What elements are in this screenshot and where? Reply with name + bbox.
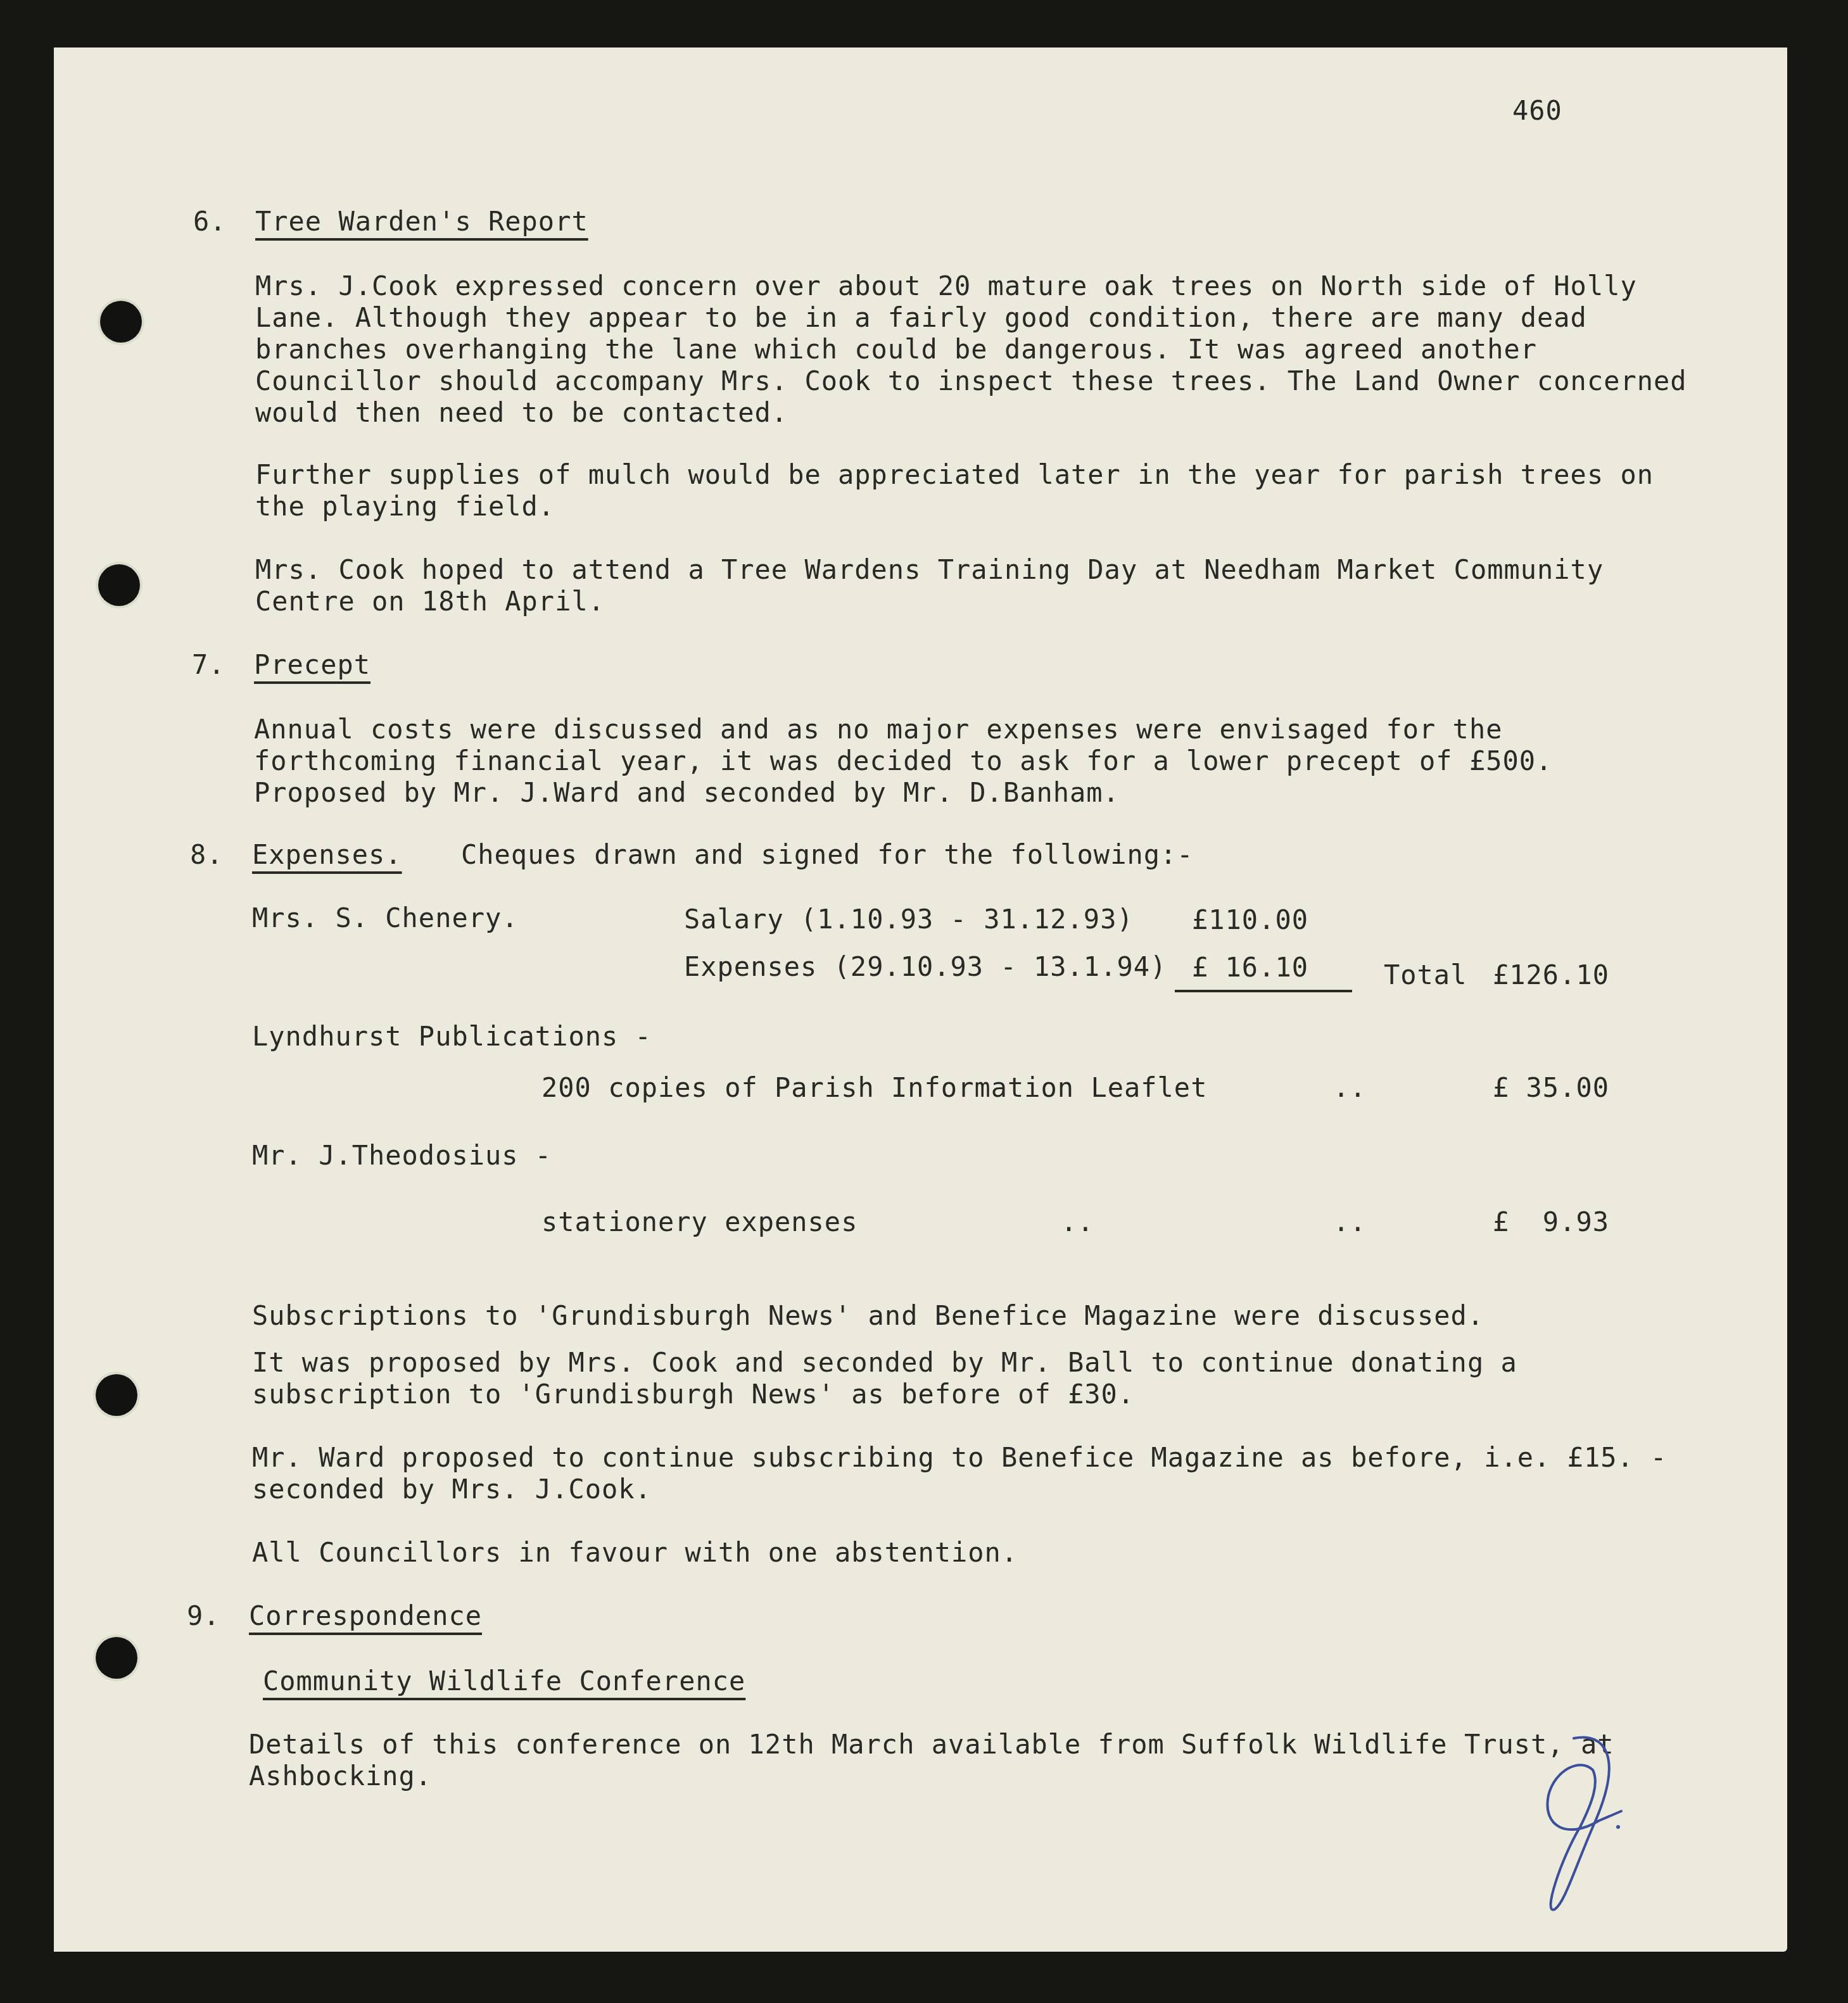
punch-hole-icon <box>98 564 140 606</box>
paragraph: Mrs. Cook hoped to attend a Tree Wardens… <box>255 554 1699 617</box>
document-page: 460 6. Tree Warden's Report Mrs. J.Cook … <box>54 47 1787 1952</box>
punch-hole-icon <box>96 1374 137 1416</box>
paragraph: Mr. Ward proposed to continue subscribin… <box>252 1442 1696 1505</box>
section-number: 6. <box>193 206 227 237</box>
payee-name: Mr. J.Theodosius - <box>252 1140 552 1172</box>
expense-amount: £ 35.00 <box>1493 1072 1609 1104</box>
punch-hole-icon <box>96 1637 137 1679</box>
paragraph: It was proposed by Mrs. Cook and seconde… <box>252 1347 1696 1410</box>
section-title-expenses: Expenses. <box>252 839 402 871</box>
paragraph: Details of this conference on 12th March… <box>249 1729 1693 1792</box>
section-number: 7. <box>192 649 225 681</box>
subsection-title: Community Wildlife Conference <box>263 1665 745 1697</box>
section-number: 9. <box>187 1600 220 1632</box>
page-number: 460 <box>1512 95 1562 127</box>
dot-leader: .. <box>1061 1206 1094 1238</box>
total-label: Total <box>1384 959 1467 991</box>
section-title-precept: Precept <box>254 649 370 681</box>
total-amount: £126.10 <box>1493 959 1609 991</box>
section-number: 8. <box>190 839 224 871</box>
paragraph: Further supplies of mulch would be appre… <box>255 459 1699 522</box>
payee-name: Lyndhurst Publications - <box>252 1021 652 1052</box>
paragraph: Mrs. J.Cook expressed concern over about… <box>255 270 1699 429</box>
expense-description: Salary (1.10.93 - 31.12.93) <box>684 904 1134 935</box>
expense-description: stationery expenses <box>541 1206 858 1238</box>
expenses-intro: Cheques drawn and signed for the followi… <box>461 839 1194 871</box>
expense-description: 200 copies of Parish Information Leaflet <box>541 1072 1207 1104</box>
paragraph: Annual costs were discussed and as no ma… <box>254 714 1698 809</box>
paragraph: Subscriptions to 'Grundisburgh News' and… <box>252 1300 1696 1332</box>
punch-hole-icon <box>100 301 142 343</box>
section-title-correspondence: Correspondence <box>249 1600 482 1632</box>
payee-name: Mrs. S. Chenery. <box>252 902 519 934</box>
dot-leader: .. <box>1333 1206 1367 1238</box>
expense-amount: £ 16.10 <box>1192 952 1308 983</box>
expense-amount: £110.00 <box>1192 904 1308 936</box>
expense-description: Expenses (29.10.93 - 13.1.94) <box>684 951 1167 983</box>
sum-rule <box>1175 990 1352 992</box>
signature-initials-icon <box>1498 1732 1662 1922</box>
dot-leader: .. <box>1333 1072 1367 1104</box>
section-title-tree-warden: Tree Warden's Report <box>255 206 588 237</box>
expense-amount: £ 9.93 <box>1493 1206 1609 1238</box>
paragraph: All Councillors in favour with one abste… <box>252 1537 1696 1569</box>
